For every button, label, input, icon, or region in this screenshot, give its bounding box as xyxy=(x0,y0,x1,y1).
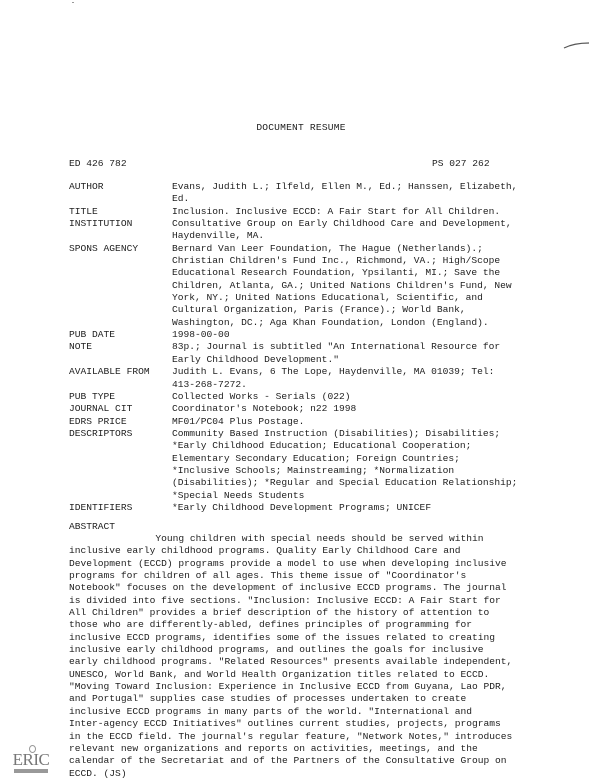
field-label: DESCRIPTORS xyxy=(69,428,172,502)
field-value: 83p.; Journal is subtitled "An Internati… xyxy=(172,341,592,366)
field-title: TITLE Inclusion. Inclusive ECCD: A Fair … xyxy=(69,206,599,218)
field-value: Community Based Instruction (Disabilitie… xyxy=(172,428,592,502)
field-author: AUTHOR Evans, Judith L.; Ilfeld, Ellen M… xyxy=(69,181,599,206)
field-label: SPONS AGENCY xyxy=(69,243,172,329)
metadata-fields: AUTHOR Evans, Judith L.; Ilfeld, Ellen M… xyxy=(69,181,599,514)
field-value: *Early Childhood Development Programs; U… xyxy=(172,502,592,514)
field-identifiers: IDENTIFIERS *Early Childhood Development… xyxy=(69,502,599,514)
field-institution: INSTITUTION Consultative Group on Early … xyxy=(69,218,599,243)
field-value: Judith L. Evans, 6 The Lope, Haydenville… xyxy=(172,366,592,391)
field-edrs-price: EDRS PRICE MF01/PC04 Plus Postage. xyxy=(69,416,599,428)
eric-logo-dot-icon xyxy=(29,745,36,753)
field-value: Coordinator's Notebook; n22 1998 xyxy=(172,403,592,415)
pen-mark-icon xyxy=(562,40,592,50)
page-title: DOCUMENT RESUME xyxy=(0,122,602,134)
field-label: IDENTIFIERS xyxy=(69,502,172,514)
field-label: AUTHOR xyxy=(69,181,172,206)
field-value: Collected Works - Serials (022) xyxy=(172,391,592,403)
field-label: NOTE xyxy=(69,341,172,366)
field-descriptors: DESCRIPTORS Community Based Instruction … xyxy=(69,428,599,502)
eric-logo-bar xyxy=(14,769,48,773)
field-label: JOURNAL CIT xyxy=(69,403,172,415)
eric-logo-icon: ERIC xyxy=(11,742,51,774)
ps-number: PS 027 262 xyxy=(432,158,490,170)
abstract-text: Young children with special needs should… xyxy=(69,533,599,779)
abstract-heading: ABSTRACT xyxy=(69,521,115,533)
field-label: PUB TYPE xyxy=(69,391,172,403)
field-label: EDRS PRICE xyxy=(69,416,172,428)
field-pub-type: PUB TYPE Collected Works - Serials (022) xyxy=(69,391,599,403)
field-value: Inclusion. Inclusive ECCD: A Fair Start … xyxy=(172,206,592,218)
field-value: Evans, Judith L.; Ilfeld, Ellen M., Ed.;… xyxy=(172,181,592,206)
field-note: NOTE 83p.; Journal is subtitled "An Inte… xyxy=(69,341,599,366)
field-label: PUB DATE xyxy=(69,329,172,341)
eric-logo-text: ERIC xyxy=(11,751,51,768)
field-spons-agency: SPONS AGENCY Bernard Van Leer Foundation… xyxy=(69,243,599,329)
scan-speck xyxy=(72,2,74,3)
field-label: INSTITUTION xyxy=(69,218,172,243)
field-value: MF01/PC04 Plus Postage. xyxy=(172,416,592,428)
field-available-from: AVAILABLE FROM Judith L. Evans, 6 The Lo… xyxy=(69,366,599,391)
field-value: Bernard Van Leer Foundation, The Hague (… xyxy=(172,243,592,329)
field-label: TITLE xyxy=(69,206,172,218)
field-value: Consultative Group on Early Childhood Ca… xyxy=(172,218,592,243)
field-pub-date: PUB DATE 1998-00-00 xyxy=(69,329,599,341)
ed-number: ED 426 782 xyxy=(69,158,127,170)
field-journal-cit: JOURNAL CIT Coordinator's Notebook; n22 … xyxy=(69,403,599,415)
field-label: AVAILABLE FROM xyxy=(69,366,172,391)
field-value: 1998-00-00 xyxy=(172,329,592,341)
